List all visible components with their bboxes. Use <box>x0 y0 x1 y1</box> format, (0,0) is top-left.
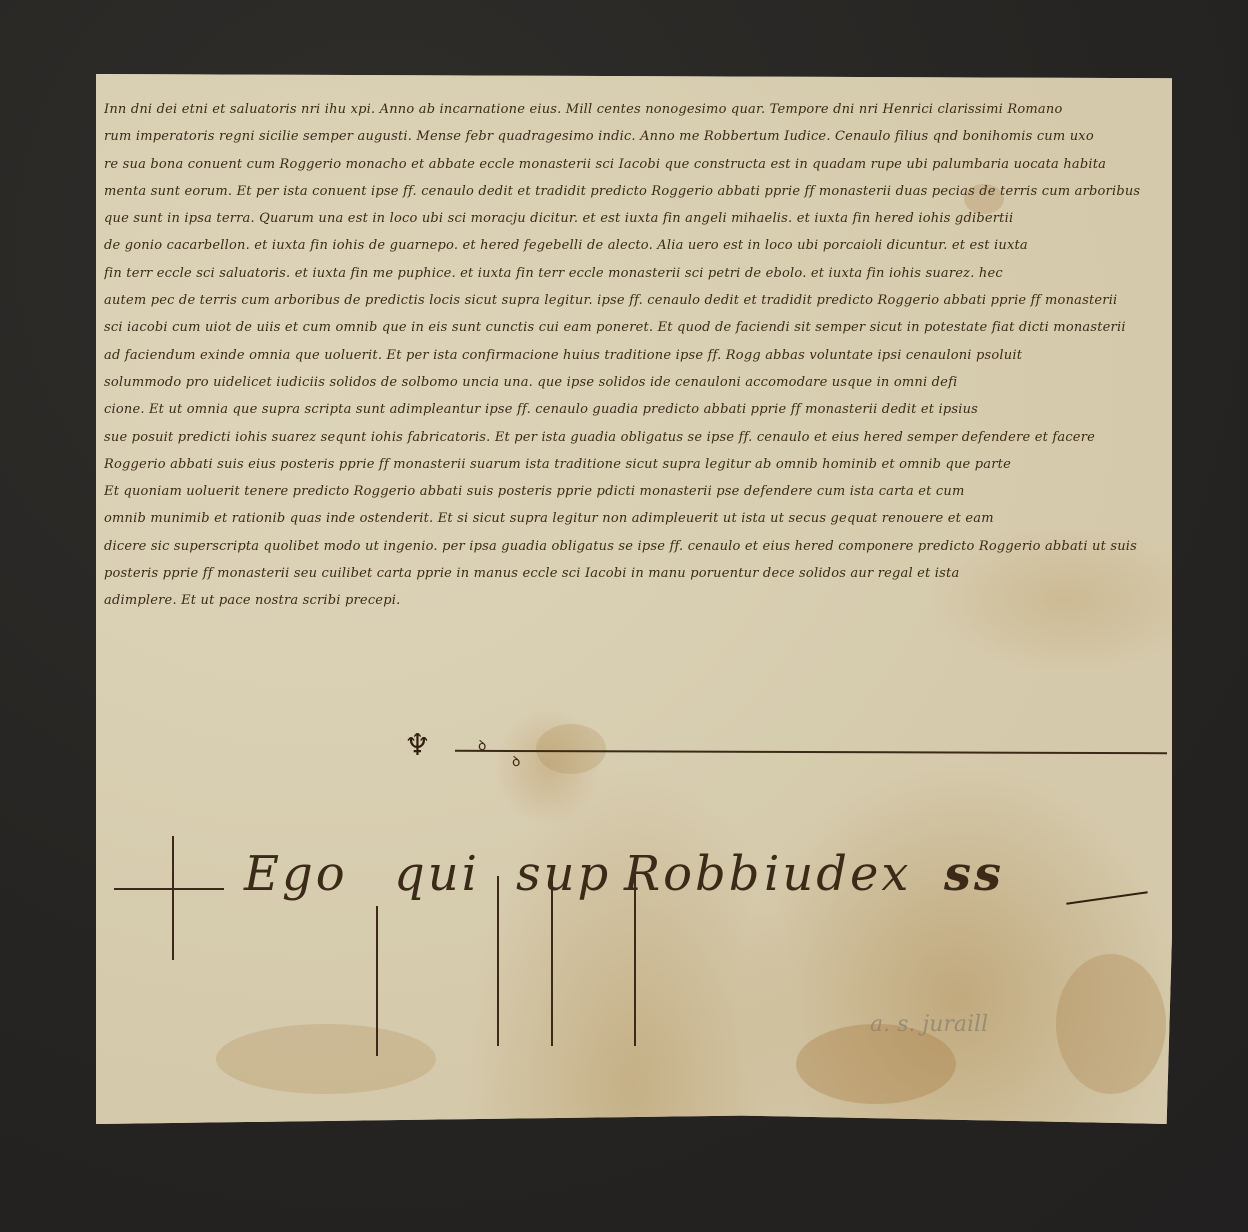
signum-cross-icon <box>114 836 224 966</box>
text-line: dicere sic superscripta quolibet modo ut… <box>104 533 1166 560</box>
descender-stroke <box>634 856 636 1046</box>
judge-signature: Ego qui sup Robb iudex ss <box>104 836 1164 976</box>
descender-stroke <box>551 876 553 1046</box>
notary-monogram-icon: ♆ <box>404 728 431 763</box>
text-line: ad faciendum exinde omnia que uoluerit. … <box>104 342 1166 369</box>
ring-mark-icon: ꝺ <box>512 752 520 771</box>
text-line: sue posuit predicti iohis suarez sequnt … <box>104 424 1166 451</box>
water-stain <box>216 1024 436 1094</box>
signature-word: sup <box>516 846 611 902</box>
text-line: re sua bona conuent cum Roggerio monacho… <box>104 151 1166 178</box>
text-line: Roggerio abbati suis eius posteris pprie… <box>104 451 1166 478</box>
descender-stroke <box>376 906 378 1056</box>
text-line: autem pec de terris cum arboribus de pre… <box>104 287 1166 314</box>
descender-stroke <box>497 876 499 1046</box>
text-line: rum imperatoris regni sicilie semper aug… <box>104 123 1166 150</box>
text-line: cione. Et ut omnia que supra scripta sun… <box>104 396 1166 423</box>
text-line: omnib munimib et rationib quas inde oste… <box>104 505 1166 532</box>
text-line: sci iacobi cum uiot de uiis et cum omnib… <box>104 314 1166 341</box>
text-line: fin terr eccle sci saluatoris. et iuxta … <box>104 260 1166 287</box>
text-line: posteris pprie ff monasterii seu cuilibe… <box>104 560 1166 587</box>
text-line: solummodo pro uidelicet iudiciis solidos… <box>104 369 1166 396</box>
signature-word: Ego <box>244 846 348 902</box>
margin-annotation: a. s. juraill <box>870 1012 988 1037</box>
signature-word: Robb <box>624 846 763 902</box>
text-line: que sunt in ipsa terra. Quarum una est i… <box>104 205 1166 232</box>
charter-text-block: Inn dni dei etni et saluatoris nri ihu x… <box>104 96 1166 615</box>
signature-word: qui <box>394 846 480 902</box>
signature-word: iudex <box>764 846 911 902</box>
text-line: Inn dni dei etni et saluatoris nri ihu x… <box>104 96 1166 123</box>
signature-word: ss <box>944 846 1004 902</box>
text-line: adimplere. Et ut pace nostra scribi prec… <box>104 587 1166 614</box>
ring-mark-icon: ꝺ <box>478 736 486 755</box>
text-line: de gonio cacarbellon. et iuxta fin iohis… <box>104 232 1166 259</box>
text-line: menta sunt eorum. Et per ista conuent ip… <box>104 178 1166 205</box>
ink-stain <box>536 724 606 774</box>
text-line: Et quoniam uoluerit tenere predicto Rogg… <box>104 478 1166 505</box>
